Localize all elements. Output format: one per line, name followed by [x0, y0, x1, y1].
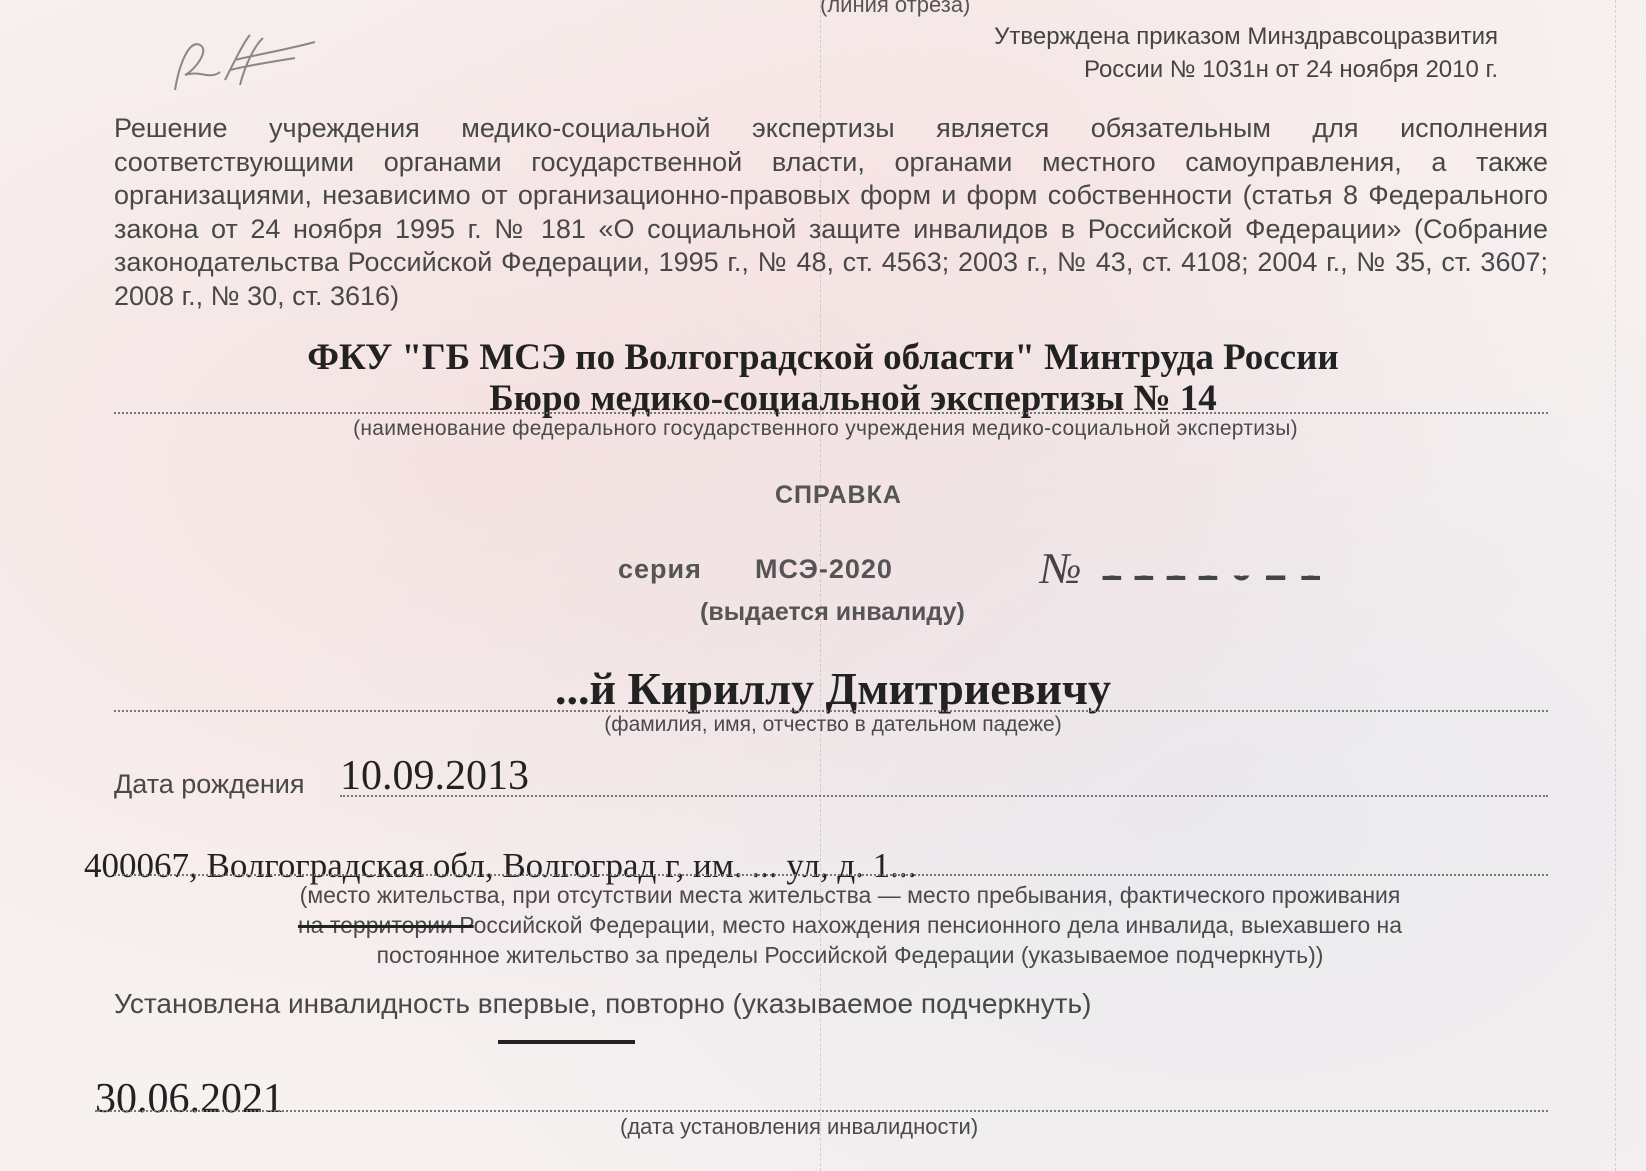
cut-line-label: (линия отреза) [820, 0, 970, 18]
handwritten-signature-icon [155, 20, 335, 100]
series-label: серия [618, 554, 702, 585]
name-caption: (фамилия, имя, отчество в дательном паде… [0, 713, 1646, 737]
approval-line-2: России № 1031н от 24 ноября 2010 г. [994, 53, 1498, 86]
dob-label: Дата рождения [114, 769, 304, 800]
dob-value: 10.09.2013 [340, 752, 529, 800]
address-caption-line-2: на территории Российской Федерации, мест… [160, 910, 1540, 940]
recipient-name: ...й Кириллу Дмитриевичу [0, 662, 1646, 715]
established-date: 30.06.2021 [95, 1075, 284, 1123]
approval-line-1: Утверждена приказом Минздравсоцразвития [994, 20, 1498, 53]
established-date-caption: (дата установления инвалидности) [620, 1114, 978, 1140]
legal-notice: Решение учреждения медико-социальной экс… [114, 112, 1548, 314]
name-rule [114, 710, 1548, 712]
institution-rule [114, 412, 1548, 414]
address-caption: (место жительства, при отсутствии места … [160, 880, 1540, 970]
approval-note: Утверждена приказом Минздравсоцразвития … [994, 20, 1498, 86]
disability-statement: Установлена инвалидность впервые, повтор… [114, 988, 1091, 1020]
address-caption-line-1: (место жительства, при отсутствии места … [160, 880, 1540, 910]
address-rule [114, 874, 1548, 876]
series-value: МСЭ-2020 [755, 554, 893, 585]
issued-to-note: (выдается инвалиду) [700, 598, 965, 627]
address-caption-line-3: постоянное жительство за пределы Российс… [160, 940, 1540, 970]
dob-rule [340, 795, 1548, 797]
certificate-number: 1111021 [1100, 545, 1333, 590]
institution-line-1: ФКУ "ГБ МСЭ по Волгоградской области" Ми… [0, 336, 1646, 379]
struck-text: на территории Р [298, 912, 474, 938]
number-sign: № [1040, 543, 1082, 594]
certificate-title: СПРАВКА [775, 481, 902, 510]
fold-line [1615, 0, 1616, 1171]
established-date-rule [95, 1110, 1548, 1112]
institution-caption: (наименование федерального государственн… [0, 417, 1646, 441]
underline-mark [498, 1040, 635, 1044]
